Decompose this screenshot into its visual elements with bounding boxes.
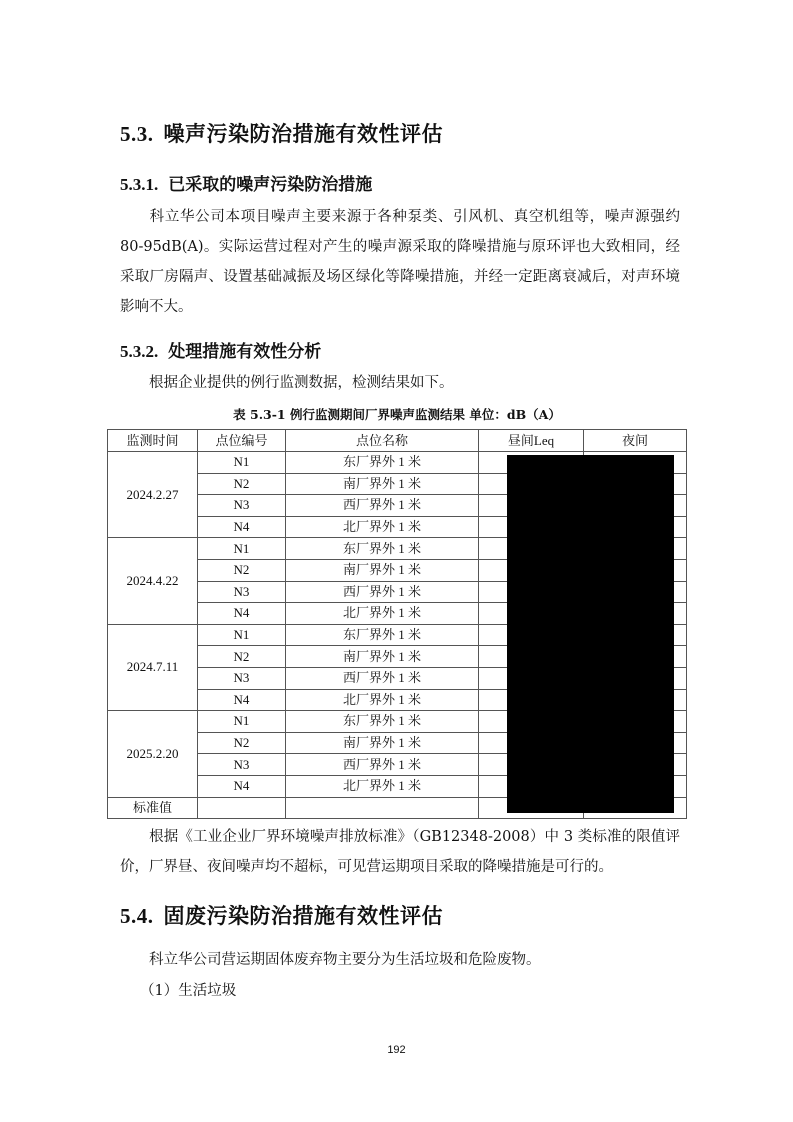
point-name: 东厂界外 1 米 [286,624,479,646]
point-id: N4 [198,775,286,797]
point-name: 北厂界外 1 米 [286,689,479,711]
point-name: 南厂界外 1 米 [286,559,479,581]
monitoring-date: 2024.2.27 [108,452,198,538]
section-number: 5.3.1. [120,175,158,194]
point-name: 西厂界外 1 米 [286,667,479,689]
section-number: 5.3.2. [120,342,158,361]
section-title: 处理措施有效性分析 [168,342,321,361]
column-header: 夜间 [584,430,687,452]
list-item-domestic-waste: （1）生活垃圾 [140,976,700,1006]
point-name: 南厂界外 1 米 [286,473,479,495]
point-id: N3 [198,754,286,776]
empty-cell [198,797,286,819]
standard-value-label: 标准值 [108,797,198,819]
point-name: 西厂界外 1 米 [286,495,479,517]
section-title: 已采取的噪声污染防治措施 [168,175,372,194]
monitoring-date: 2025.2.20 [108,711,198,797]
section-heading-5-4: 5.4.固废污染防治措施有效性评估 [120,900,443,930]
point-id: N3 [198,667,286,689]
paragraph-text: 科立华公司营运期固体废弃物主要分为生活垃圾和危险废物。 [149,952,541,968]
point-name: 北厂界外 1 米 [286,516,479,538]
page-number: 192 [0,1044,793,1056]
column-header: 点位名称 [286,430,479,452]
point-id: N4 [198,689,286,711]
point-name: 东厂界外 1 米 [286,452,479,474]
point-id: N1 [198,624,286,646]
section-heading-5-3-2: 5.3.2.处理措施有效性分析 [120,337,321,362]
point-id: N1 [198,711,286,733]
table-caption: 表 5.3-1 例行监测期间厂界噪声监测结果 单位：dB（A） [107,405,687,423]
paragraph-text: 根据企业提供的例行监测数据，检测结果如下。 [149,375,454,391]
table-header-row: 监测时间 点位编号 点位名称 昼间Leq 夜间 [108,430,687,452]
point-id: N4 [198,603,286,625]
point-name: 东厂界外 1 米 [286,538,479,560]
empty-cell [286,797,479,819]
redaction-block [507,455,674,813]
monitoring-date: 2024.4.22 [108,538,198,624]
point-name: 南厂界外 1 米 [286,732,479,754]
point-id: N1 [198,452,286,474]
point-id: N2 [198,559,286,581]
conclusion-paragraph: 根据《工业企业厂界环境噪声排放标准》（GB12348-2008）中 3 类标准的… [120,822,680,882]
column-header: 点位编号 [198,430,286,452]
monitoring-date: 2024.7.11 [108,624,198,710]
point-name: 东厂界外 1 米 [286,711,479,733]
point-name: 北厂界外 1 米 [286,775,479,797]
point-id: N3 [198,581,286,603]
noise-source-paragraph: 科立华公司本项目噪声主要来源于各种泵类、引风机、真空机组等，噪声源强约 80-9… [120,202,680,322]
point-name: 西厂界外 1 米 [286,581,479,603]
paragraph-text: 根据《工业企业厂界环境噪声排放标准》（GB12348-2008）中 3 类标准的… [120,829,680,875]
point-name: 南厂界外 1 米 [286,646,479,668]
solid-waste-paragraph: 科立华公司营运期固体废弃物主要分为生活垃圾和危险废物。 [120,945,680,975]
point-id: N4 [198,516,286,538]
point-id: N3 [198,495,286,517]
section-heading-5-3-1: 5.3.1.已采取的噪声污染防治措施 [120,170,372,195]
section-title: 固废污染防治措施有效性评估 [164,905,444,928]
section-number: 5.4. [120,904,154,928]
point-id: N2 [198,646,286,668]
point-name: 北厂界外 1 米 [286,603,479,625]
point-id: N1 [198,538,286,560]
section-title: 噪声污染防治措施有效性评估 [164,123,444,146]
paragraph-text: 科立华公司本项目噪声主要来源于各种泵类、引风机、真空机组等，噪声源强约 80-9… [120,209,680,315]
section-heading-5-3: 5.3.噪声污染防治措施有效性评估 [120,118,443,148]
point-id: N2 [198,473,286,495]
column-header: 昼间Leq [479,430,584,452]
section-number: 5.3. [120,122,154,146]
table-intro-paragraph: 根据企业提供的例行监测数据，检测结果如下。 [120,368,680,398]
point-name: 西厂界外 1 米 [286,754,479,776]
column-header: 监测时间 [108,430,198,452]
point-id: N2 [198,732,286,754]
